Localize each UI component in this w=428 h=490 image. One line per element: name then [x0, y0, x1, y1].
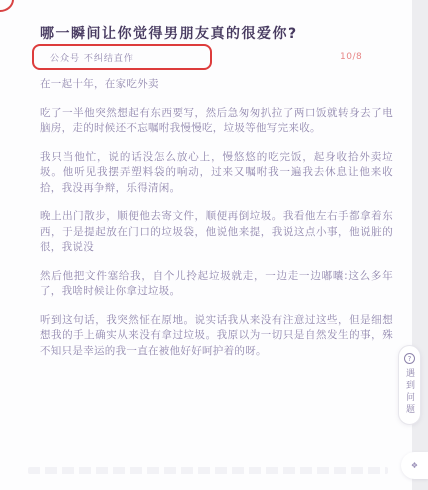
side-tab-handle[interactable]: ❖	[401, 452, 428, 479]
article-title: 哪一瞬间让你觉得男朋友真的很爱你?	[40, 23, 370, 43]
corner-annotation-arc	[0, 0, 14, 12]
paragraph: 晚上出门散步，顺便他去寄文件，顺便再倒垃圾。我看他左右手都拿着东西，于是提起放在…	[40, 209, 393, 256]
paragraph: 在一起十年，在家吃外卖	[40, 77, 393, 93]
question-circle-icon: ?	[404, 353, 415, 364]
help-label: 遇到问题	[403, 368, 416, 416]
paragraph: 我只当他忙，说的话没怎么放心上，慢悠悠的吃完饭，起身收拾外卖垃圾。他听见我摆弄塑…	[40, 150, 393, 197]
side-tab-icon: ❖	[411, 461, 418, 470]
help-widget[interactable]: ? 遇到问题	[398, 345, 421, 425]
page-indicator: 10/8	[340, 52, 362, 62]
paragraph: 听到这句话，我突然怔在原地。说实话我从来没有注意过这些，但是细想想我的手上确实从…	[40, 313, 393, 360]
publisher-label[interactable]: 公众号 不纠结直作	[50, 51, 134, 64]
article-page: 哪一瞬间让你觉得男朋友真的很爱你? 公众号 不纠结直作 10/8 在一起十年，在…	[0, 0, 428, 490]
faded-text-line	[28, 467, 388, 474]
paragraph: 吃了一半他突然想起有东西要写，然后急匆匆扒拉了两口饭就转身去了电脑房，走的时候还…	[40, 106, 393, 137]
paragraph: 然后他把文件塞给我，自个儿拎起垃圾就走，一边走一边嘟囔:这么多年了，我啥时候让你…	[40, 269, 393, 300]
article-body: 在一起十年，在家吃外卖 吃了一半他突然想起有东西要写，然后急匆匆扒拉了两口饭就转…	[40, 77, 393, 372]
publisher-annotation-box: 公众号 不纠结直作	[32, 44, 212, 70]
